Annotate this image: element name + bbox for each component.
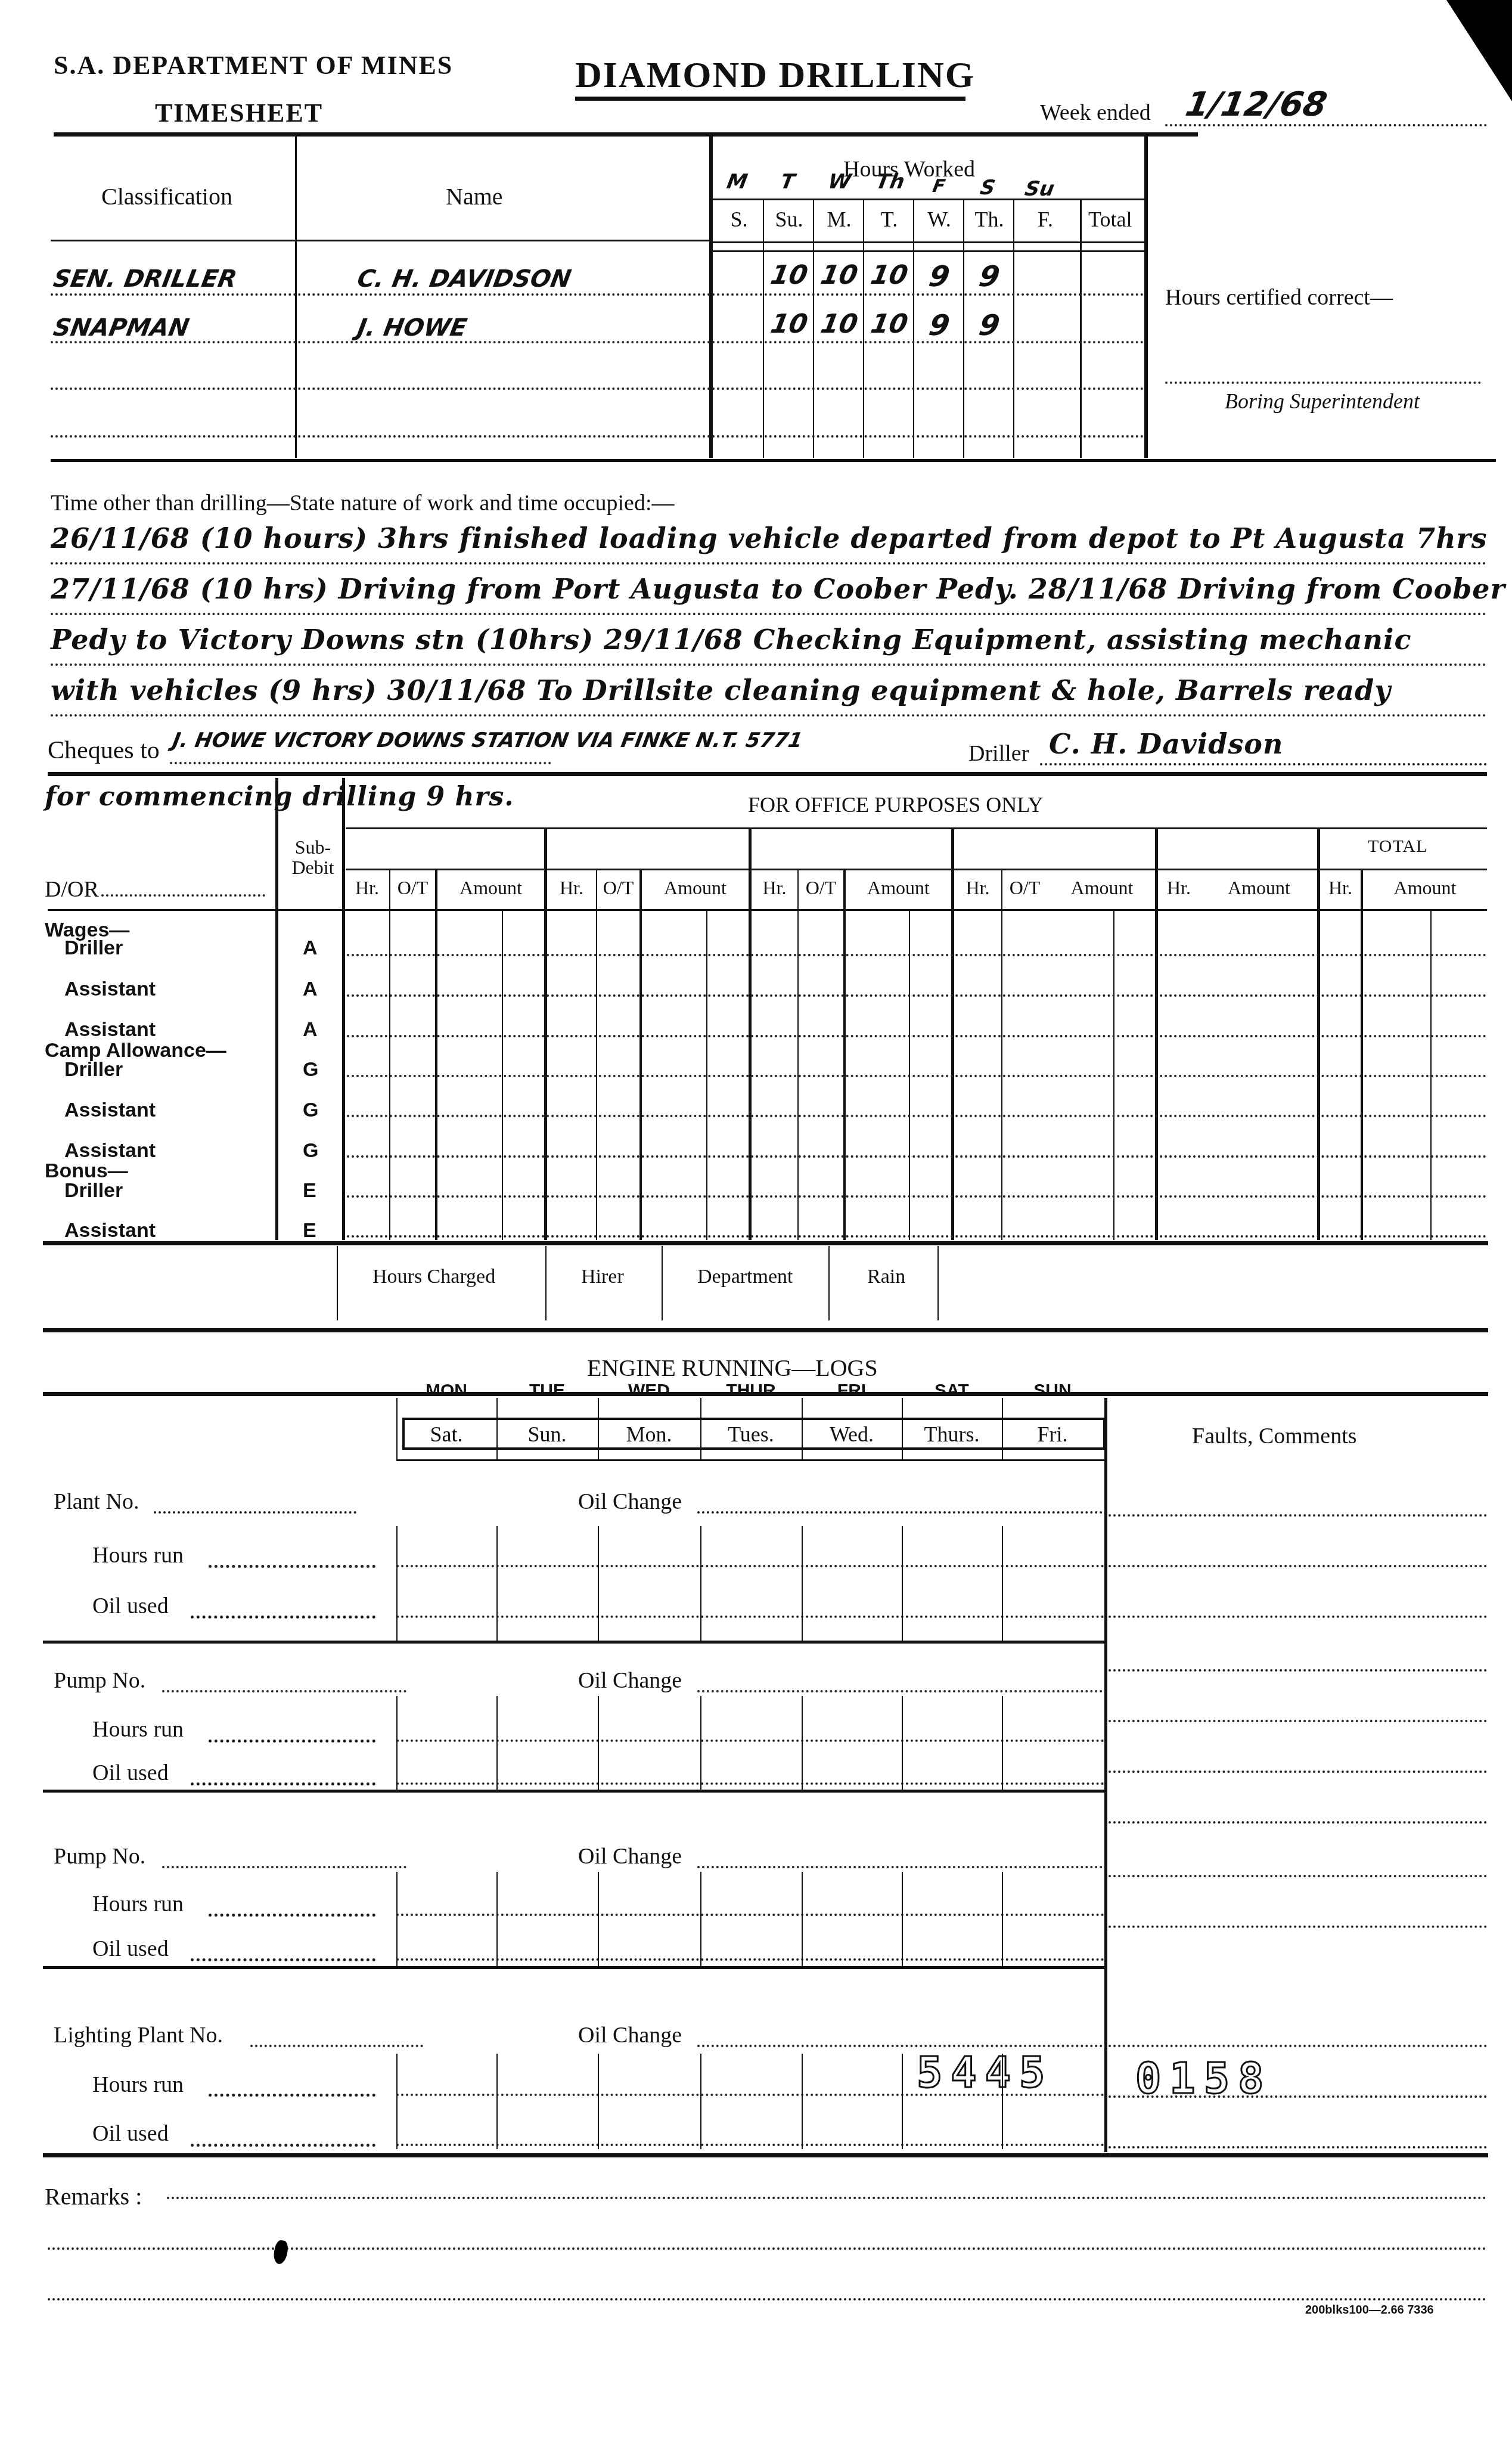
row1-name[interactable]: C. H. DAVIDSON [355,267,573,291]
day-letter-thu: Th [874,172,906,192]
remarks-line-3[interactable] [48,2298,1487,2300]
comment-line [1109,1565,1487,1567]
day-header: Tues. [700,1424,802,1445]
pump-oil-used-row[interactable] [396,1782,1104,1785]
leader-dots [209,1565,375,1568]
other-time-label: Time other than drilling—State nature of… [51,492,675,514]
col-hr: Hr. [1320,878,1361,897]
pump2-hours-run-row[interactable] [396,1914,1104,1916]
col-hr: Hr. [547,878,596,897]
line-rule [51,562,1487,565]
comment-line [1109,1669,1487,1672]
subdebit-label: Sub-Debit [280,838,346,878]
oil-change-label: Oil Change [578,1669,682,1692]
superintendent-label: Boring Superintendent [1225,390,1420,412]
comment-line [1109,1771,1487,1773]
divider [937,1246,939,1320]
divider [639,869,642,1240]
divider [1001,869,1002,1240]
oil-change-field[interactable] [697,1511,1103,1514]
day-header: Mon. [598,1424,700,1445]
plant-no-field[interactable] [154,1511,356,1514]
cheques-value[interactable]: J. HOWE VICTORY DOWNS STATION VIA FINKE … [171,730,804,751]
pump-no-label: Pump No. [54,1669,145,1692]
row-rule [51,293,1144,296]
hours-certified-label: Hours certified correct— [1165,286,1393,309]
row2-hours[interactable]: 9 [913,311,965,340]
divider [802,1872,803,1967]
other-time-line-3[interactable]: Pedy to Victory Downs stn (10hrs) 29/11/… [51,626,1411,653]
row1-hours[interactable]: 9 [963,262,1016,291]
divider [435,869,437,1240]
leader-dots [191,1958,375,1961]
divider [802,1526,803,1642]
col-amount: Amount [1201,878,1317,897]
week-ended-value[interactable]: 1/12/68 [1183,88,1330,122]
day-overwritten: THUR [700,1382,802,1400]
office-row-label: Assistant [64,1220,156,1241]
row-rule [347,1035,1487,1037]
day-header: W. [915,209,963,230]
hours-run-label: Hours run [92,1718,184,1741]
day-header: M. [815,209,863,230]
row-rule [347,954,1487,956]
col-amount: Amount [1363,878,1487,897]
row-rule [347,1235,1487,1238]
ink-blot [272,2239,290,2265]
day-header: F. [1016,209,1075,230]
lighting-oil-used-row[interactable] [396,2144,1104,2146]
divider [598,1696,599,1791]
scan-corner-fold [1446,0,1512,101]
pump-no-field[interactable] [162,1866,406,1868]
comment-line [1109,2045,1487,2047]
divider [1002,1696,1003,1791]
divider [337,1246,338,1320]
day-header: Sun. [496,1424,598,1445]
divider [843,869,846,1240]
row1-hours[interactable]: 10 [763,262,815,289]
day-letter-mon: M [725,172,749,192]
comment-line [1109,1821,1487,1824]
row-rule [347,1115,1487,1117]
divider [902,1872,903,1967]
row1-hours[interactable]: 10 [813,262,865,289]
comment-line [1109,1875,1487,1877]
remarks-label: Remarks : [45,2185,142,2209]
comment-line [1109,1720,1487,1722]
day-header: Fri. [1002,1424,1103,1445]
hours-worked-label: Hours Worked [843,158,975,181]
divider [1002,1872,1003,1967]
col-hr: Hr. [954,878,1001,897]
oil-change-label: Oil Change [578,1845,682,1868]
hours-run-label: Hours run [92,2073,184,2096]
remarks-line-2[interactable] [48,2247,1487,2250]
divider [802,2054,803,2149]
divider [662,1246,663,1320]
pump2-oil-used-row[interactable] [396,1958,1104,1961]
divider [598,1872,599,1967]
oil-change-label: Oil Change [578,2024,682,2047]
divider [396,1398,398,1461]
day-overwritten: FRI [802,1382,902,1400]
row-group-label: Bonus— [45,1161,128,1181]
comment-line [1109,2146,1487,2148]
divider [963,199,964,458]
day-overwritten: SUN [1002,1382,1103,1400]
day-letter-sat: S [979,178,996,198]
divider [396,1872,398,1967]
office-row-label: Driller [64,1180,123,1201]
sub-debit-code: G [303,1140,318,1161]
oil-used-label: Oil used [92,2122,169,2145]
divider [1002,2054,1003,2149]
hours-run-label: Hours run [92,1893,184,1915]
divider [389,869,390,1240]
leader-dots [209,1914,375,1917]
meter-reading-start: 5445 [917,2051,1053,2094]
sub-debit-code: G [303,1059,318,1080]
col-amount: Amount [1049,878,1155,897]
divider [496,1872,498,1967]
divider [902,1526,903,1642]
remarks-line-1[interactable] [167,2197,1487,2199]
divider [700,1526,701,1642]
leader-dots [191,1616,375,1619]
dor-label: D/OR [45,878,99,901]
col-classification: Classification [101,185,232,209]
faults-comments-label: Faults, Comments [1192,1425,1357,1447]
section-rule [43,1966,1106,1969]
row-group-label: Camp Allowance— [45,1040,226,1061]
divider [1002,1398,1003,1461]
row-rule [51,387,1144,390]
superintendent-signature-line[interactable] [1165,382,1481,384]
divider [342,778,345,1240]
row2-hours[interactable]: 10 [763,311,815,337]
row-rule [51,435,1144,438]
day-header: Wed. [802,1424,902,1445]
office-row-label: Driller [64,938,123,958]
row2-hours[interactable]: 10 [813,311,865,337]
engine-logs-title: ENGINE RUNNING—LOGS [587,1356,878,1380]
row2-classification[interactable]: SNAPMAN [51,316,191,340]
col-ot: O/T [799,878,843,897]
col-ot: O/T [597,878,639,897]
day-header: S. [715,209,763,230]
col-total: Total [1088,209,1132,230]
print-code: 200blks100—2.66 7336 [1305,2304,1434,2316]
divider [700,1398,701,1461]
divider [700,1696,701,1791]
leader-dots [191,2144,375,2147]
hours-charged-label: Hours Charged [372,1267,495,1287]
divider [598,2054,599,2149]
comment-line [1109,1926,1487,1928]
oil-used-label: Oil used [92,1937,169,1960]
col-amount: Amount [437,878,544,897]
row1-hours[interactable]: 10 [863,262,915,289]
leader-dots [209,2094,375,2097]
line-rule [101,894,265,897]
divider [496,1398,498,1461]
row-rule [347,1075,1487,1077]
other-time-line-1[interactable]: 26/11/68 (10 hours) 3hrs finished loadin… [51,525,1488,552]
line-rule [170,762,551,764]
divider [902,2054,903,2149]
divider [275,778,278,1240]
section-rule [51,459,1496,462]
oil-change-field[interactable] [697,1690,1103,1692]
row2-hours[interactable]: 9 [963,311,1016,340]
divider [913,199,914,458]
divider [709,136,713,458]
oil-used-label: Oil used [92,1762,169,1784]
line-rule [1040,763,1487,765]
col-amount: Amount [846,878,951,897]
other-time-line-4[interactable]: with vehicles (9 hrs) 30/11/68 To Drills… [51,677,1391,704]
pump-no-label: Pump No. [54,1845,145,1868]
row1-classification[interactable]: SEN. DRILLER [51,267,238,291]
row2-hours[interactable]: 10 [863,311,915,337]
plant-oil-used-row[interactable] [396,1616,1104,1618]
divider [1002,1526,1003,1642]
office-row-label: Assistant [64,1019,156,1040]
divider [1104,1398,1107,2152]
sub-debit-code: E [303,1220,316,1241]
day-header: Sat. [396,1424,496,1445]
day-overwritten: WED [598,1382,700,1400]
oil-change-label: Oil Change [578,1490,682,1513]
divider [48,909,1487,911]
divider [902,1398,903,1461]
divider [902,1696,903,1791]
divider [346,827,1487,829]
row1-hours[interactable]: 9 [913,262,965,291]
divider [802,1398,803,1461]
total-label: TOTAL [1368,838,1427,855]
divider [797,869,799,1240]
divider [295,136,297,458]
section-rule [43,2153,1488,2157]
day-header: Thurs. [902,1424,1002,1445]
divider [598,1398,599,1461]
lighting-plant-no-field[interactable] [250,2045,423,2047]
section-rule [48,772,1487,776]
office-row-label: Assistant [64,979,156,999]
divider [700,1872,701,1967]
sheet-type: TIMESHEET [155,100,323,126]
col-name: Name [446,185,503,209]
sub-debit-code: A [303,938,318,958]
line-rule [51,714,1487,717]
hirer-label: Hirer [581,1267,624,1287]
day-letter-sun: Su [1023,179,1056,199]
divider [545,1246,547,1320]
col-hr: Hr. [1158,878,1200,897]
row2-name[interactable]: J. HOWE [355,316,468,340]
section-rule [43,1641,1106,1644]
row-rule [347,994,1487,997]
office-row-label: Driller [64,1059,123,1080]
divider [700,2054,701,2149]
divider [1361,869,1363,1240]
driller-label: Driller [968,742,1029,765]
department-name: S.A. DEPARTMENT OF MINES [54,52,453,79]
divider [496,1696,498,1791]
divider [1144,136,1148,458]
cheques-label: Cheques to [48,738,160,763]
sub-debit-code: A [303,979,318,999]
meter-reading-end: 0158 [1135,2057,1272,2100]
divider [598,1526,599,1642]
sub-debit-code: A [303,1019,318,1040]
leader-dots [191,1782,375,1785]
sub-debit-code: G [303,1100,318,1120]
form-title: DIAMOND DRILLING [575,57,975,94]
divider [1080,199,1082,458]
row-rule [347,1155,1487,1158]
oil-used-label: Oil used [92,1595,169,1617]
line-rule [51,613,1487,615]
col-ot: O/T [1002,878,1047,897]
day-overwritten: TUE [496,1382,598,1400]
office-row-label: Assistant [64,1140,156,1161]
divider [713,250,1144,252]
section-rule [43,1241,1488,1245]
col-hr: Hr. [752,878,797,897]
leader-dots [209,1740,375,1743]
week-ended-line [1165,124,1487,126]
lighting-plant-no-label: Lighting Plant No. [54,2024,223,2047]
divider [396,2054,398,2149]
divider [496,1526,498,1642]
other-time-continuation[interactable]: for commencing drilling 9 hrs. [45,784,514,810]
divider [396,1526,398,1642]
col-ot: O/T [390,878,435,897]
day-header: Su. [765,209,813,230]
header-rule [54,132,1198,137]
day-letter-wed: W [827,172,853,192]
oil-change-field[interactable] [697,1866,1103,1868]
divider [396,1696,398,1791]
hours-run-label: Hours run [92,1544,184,1567]
section-rule [43,1328,1488,1332]
comment-line [1109,1616,1487,1618]
day-letter-tue: T [779,172,796,192]
divider [51,240,709,241]
title-underline [575,97,965,101]
divider [1013,199,1014,458]
day-header: T. [865,209,913,230]
day-overwritten: MON [396,1382,496,1400]
driller-signature[interactable]: C. H. Davidson [1049,730,1283,758]
divider [396,1459,1106,1461]
day-header: Th. [965,209,1013,230]
divider [496,2054,498,2149]
week-ended-label: Week ended [1040,101,1151,124]
pump-hours-run-row[interactable] [396,1740,1104,1742]
comment-line [1109,1514,1487,1517]
office-row-label: Assistant [64,1100,156,1120]
row-rule [347,1195,1487,1198]
divider [828,1246,830,1320]
section-rule [43,1790,1106,1793]
col-hr: Hr. [345,878,389,897]
day-overwritten: SAT [902,1382,1002,1400]
line-rule [51,663,1487,666]
day-letter-fri: F [931,178,946,196]
divider [802,1696,803,1791]
divider [596,869,597,1240]
col-amount: Amount [642,878,749,897]
sub-debit-code: E [303,1180,316,1201]
other-time-line-2[interactable]: 27/11/68 (10 hrs) Driving from Port Augu… [51,575,1505,603]
pump-no-field[interactable] [162,1690,406,1692]
plant-hours-run-row[interactable] [396,1565,1104,1567]
department-label: Department [697,1267,793,1287]
office-title: FOR OFFICE PURPOSES ONLY [748,794,1044,816]
rain-label: Rain [867,1267,905,1287]
plant-no-label: Plant No. [54,1490,139,1513]
divider [346,869,1487,870]
